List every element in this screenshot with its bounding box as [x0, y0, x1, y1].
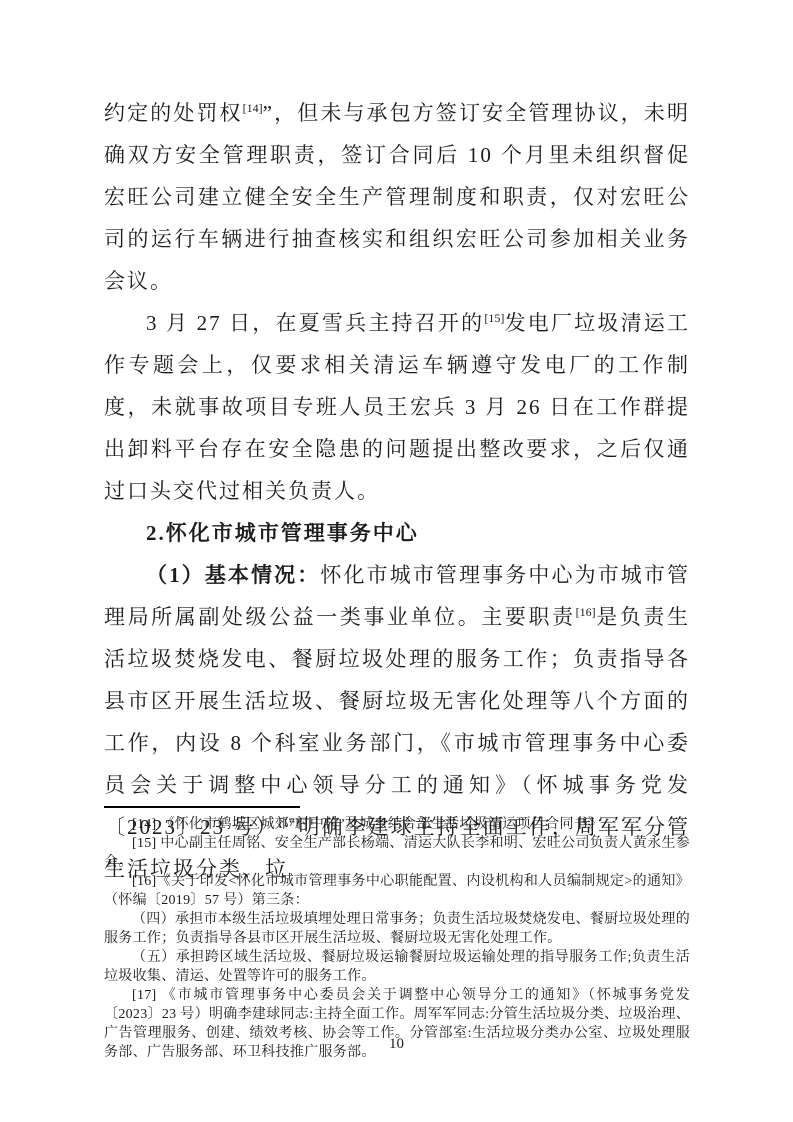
footnote-ref-15: [15] [484, 311, 504, 325]
footnotes-section: [14] 《怀化市鹤城区城郊“村中村”及城乡结合部生活垃圾清运项目合同书》 [1… [104, 806, 690, 1062]
paragraph-2: 3 月 27 日，在夏雪兵主持召开的[15]发电厂垃圾清运工作专题会上，仅要求相… [104, 302, 690, 512]
paragraph-1: 约定的处罚权[14]”，但未与承包方签订安全管理协议，未明确双方安全管理职责，签… [104, 92, 690, 302]
document-body: 约定的处罚权[14]”，但未与承包方签订安全管理协议，未明确双方安全管理职责，签… [104, 92, 690, 890]
footnote-15: [15] 中心副主任周铭、安全生产部长杨端、清运大队长李和明、宏旺公司负责人黄永… [104, 834, 690, 872]
footnote-16-item-5: （五）承担跨区域生活垃圾、餐厨垃圾运输餐厨垃圾运输处理的指导服务工作;负责生活垃… [104, 948, 690, 986]
page-number: 10 [0, 1036, 793, 1053]
document-page: 约定的处罚权[14]”，但未与承包方签订安全管理协议，未明确双方安全管理职责，签… [0, 0, 793, 1122]
footnote-ref-16: [16] [576, 605, 596, 619]
paragraph-3-text: 是负责生活垃圾焚烧发电、餐厨垃圾处理的服务工作；负责指导各县市区开展生活垃圾、餐… [104, 605, 690, 839]
section-heading: 2.怀化市城市管理事务中心 [104, 512, 690, 554]
paragraph-2-text: 发电厂垃圾清运工作专题会上，仅要求相关清运车辆遵守发电厂的工作制度，未就事故项目… [104, 311, 690, 503]
footnote-ref-14: [14] [243, 101, 263, 115]
paragraph-3-lead: （1）基本情况： [146, 563, 320, 587]
footnote-14: [14] 《怀化市鹤城区城郊“村中村”及城乡结合部生活垃圾清运项目合同书》 [104, 815, 690, 834]
footnote-16: [16]《关于印发<怀化市城市管理事务中心职能配置、内设机构和人员编制规定>的通… [104, 872, 690, 910]
paragraph-1-text: ”，但未与承包方签订安全管理协议，未明确双方安全管理职责，签订合同后 10 个月… [104, 101, 690, 293]
footnote-16-item-4: （四）承担市本级生活垃圾填埋处理日常事务；负责生活垃圾焚烧发电、餐厨垃圾处理的服… [104, 910, 690, 948]
paragraph-2-text: 3 月 27 日，在夏雪兵主持召开的 [146, 311, 484, 335]
footnote-separator [104, 806, 300, 808]
paragraph-1-text: 约定的处罚权 [104, 101, 243, 125]
